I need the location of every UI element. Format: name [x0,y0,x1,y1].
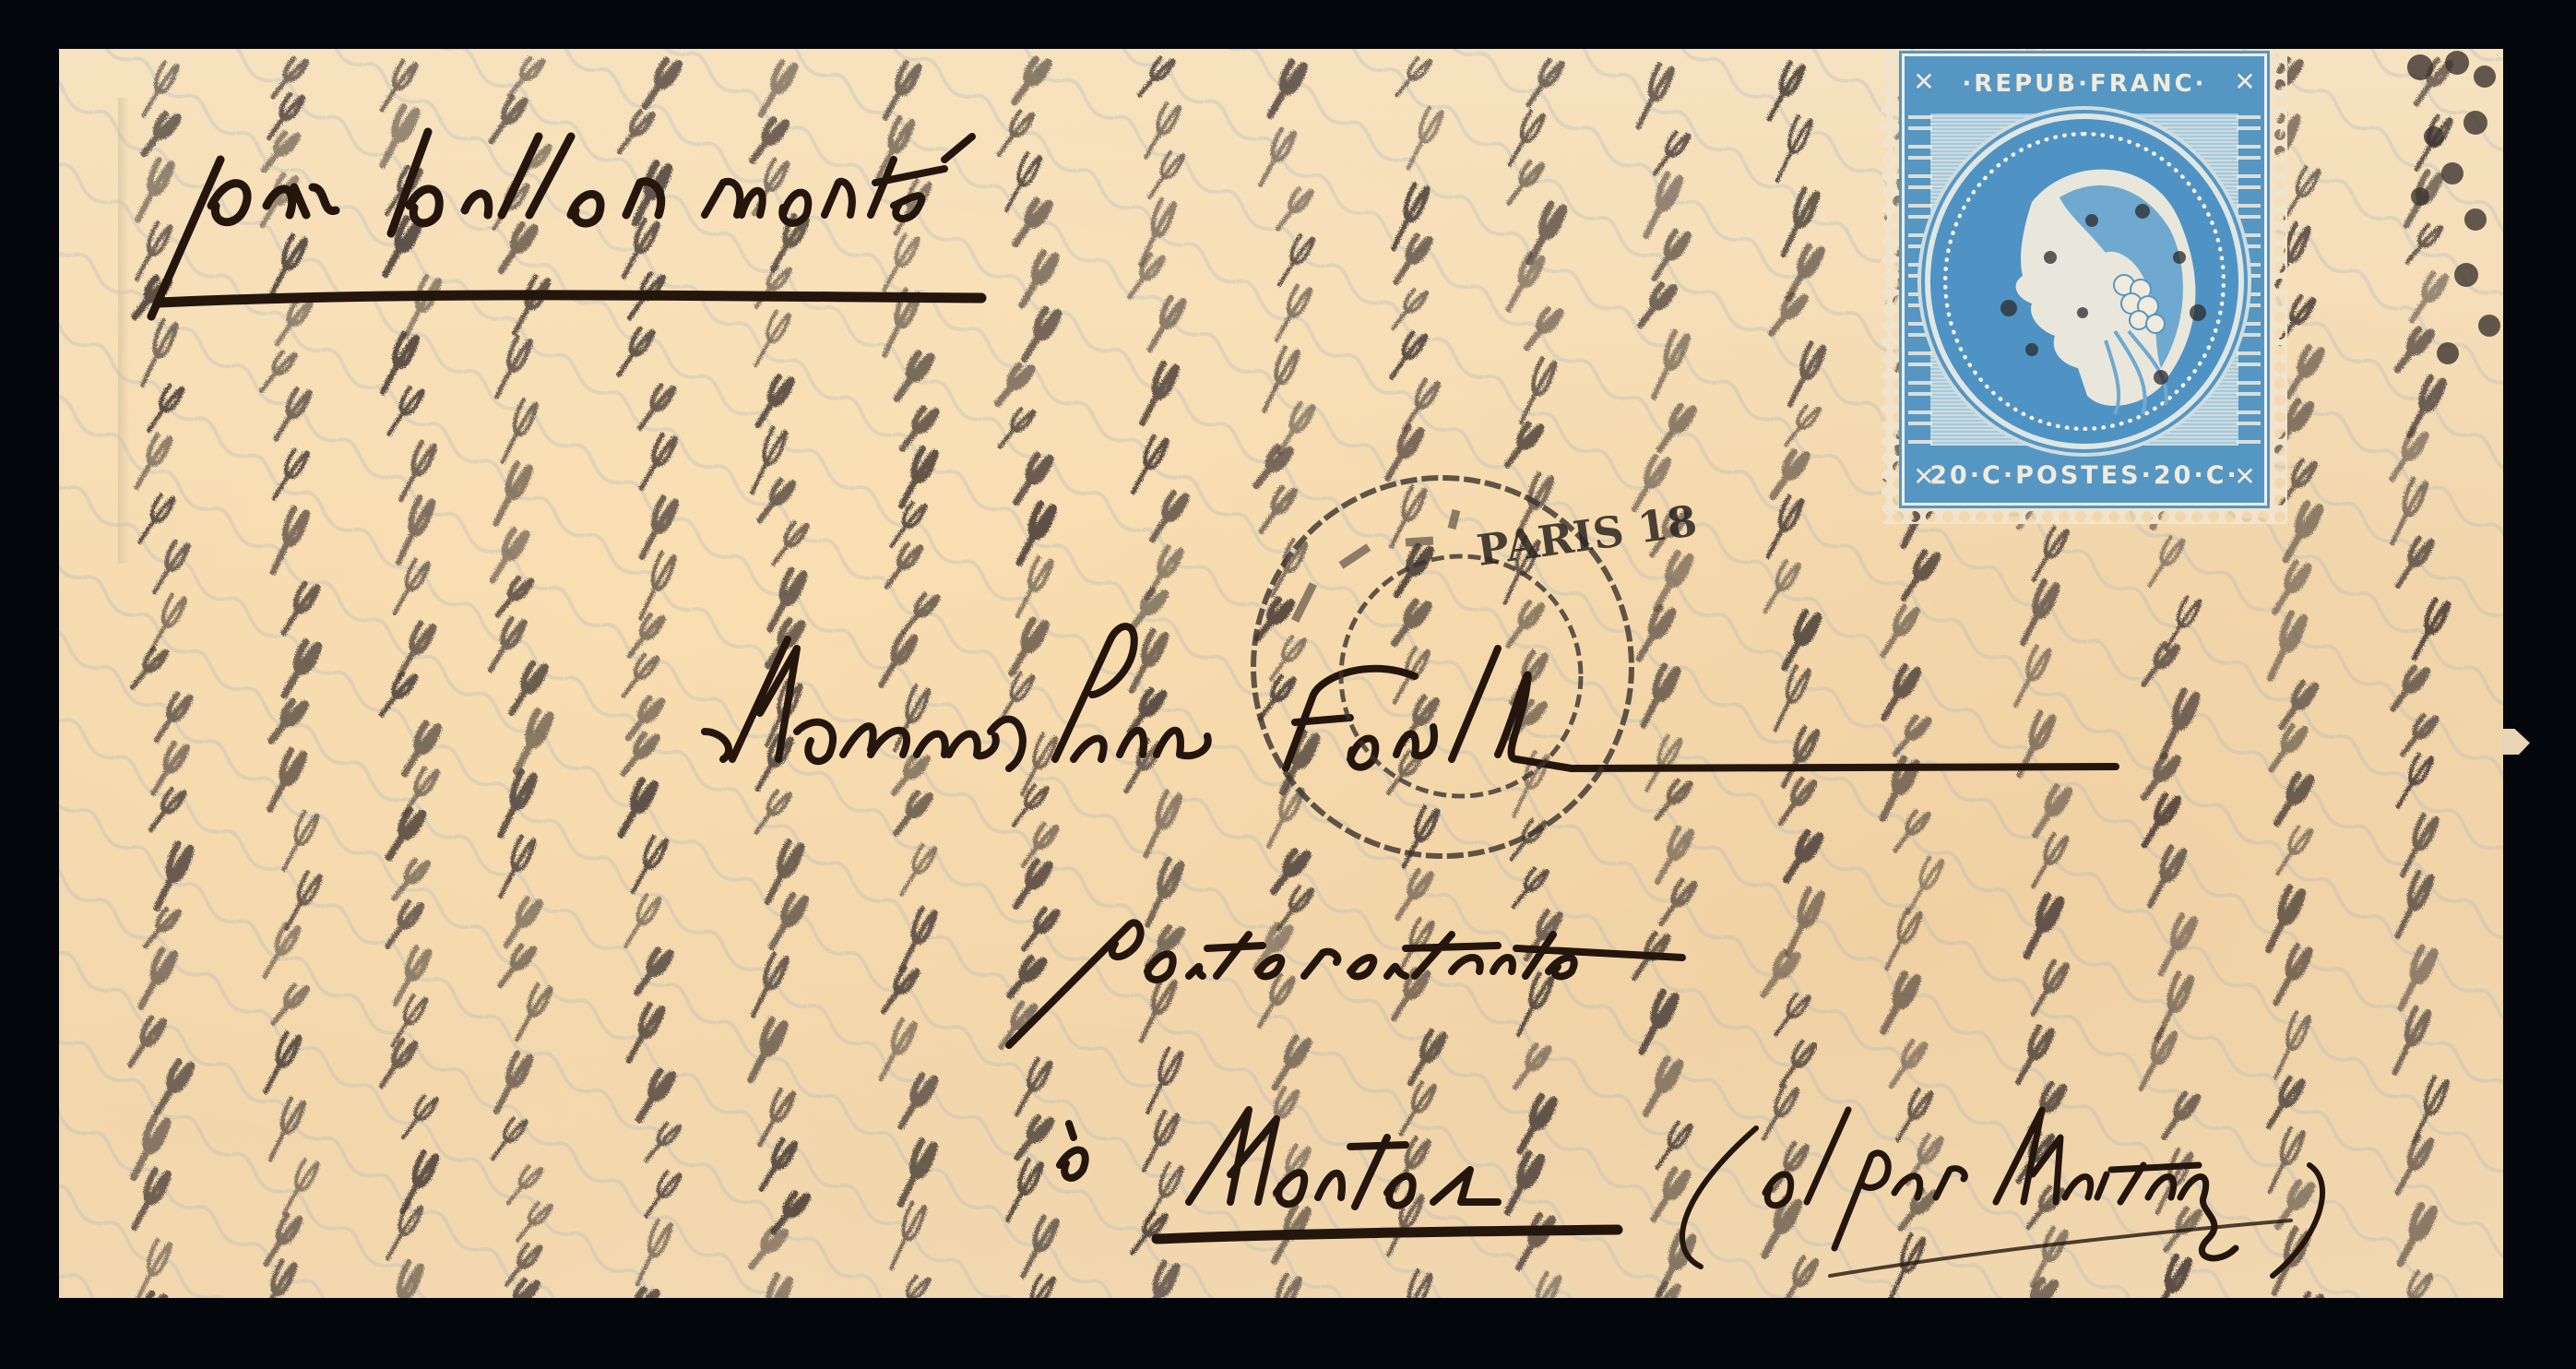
paper-torn-tab [2502,729,2530,755]
star-cancel [59,49,2503,1298]
letter-cover: PARIS 18 ✕ ✕ ✕ ✕ ·REPUB·FRANC· [59,49,2503,1298]
